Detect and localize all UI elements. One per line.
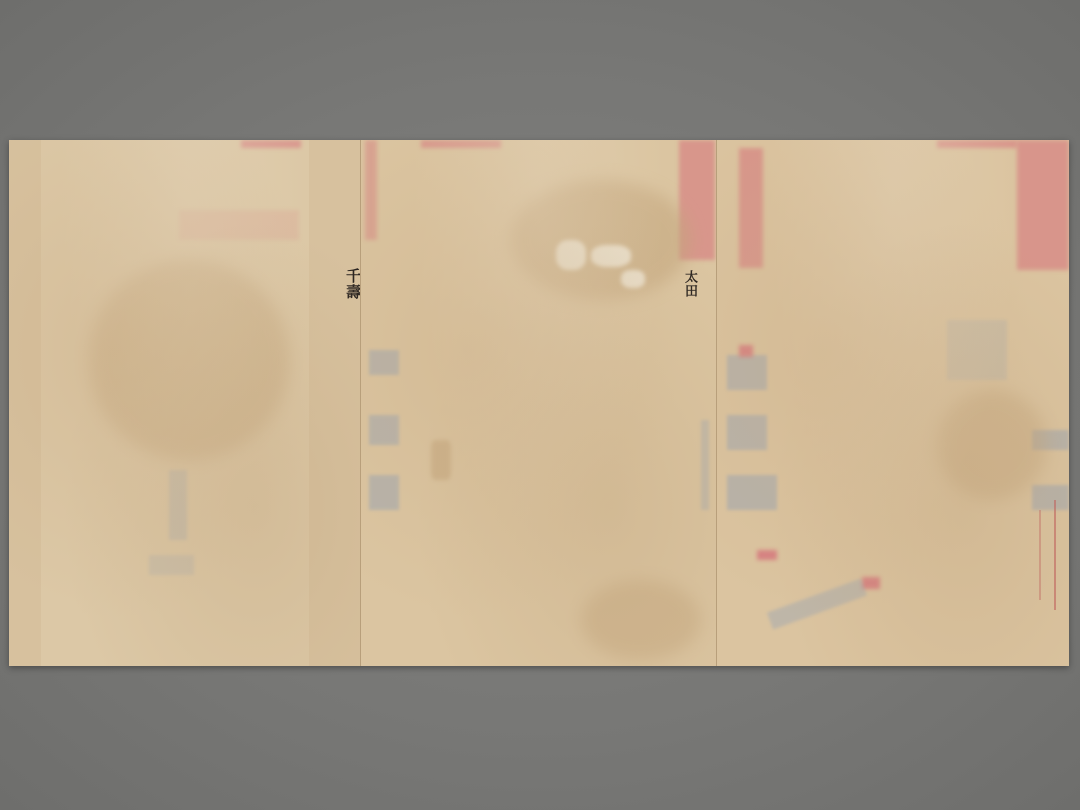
red-accent-3: [862, 577, 880, 589]
red-bleed-top-right: [1017, 140, 1069, 270]
middle-panel: 太田: [361, 140, 717, 666]
right-panel: [717, 140, 1069, 666]
paper-loss-spot-3: [621, 270, 645, 288]
small-stain: [431, 440, 451, 480]
paper-loss-spot-2: [591, 245, 631, 267]
brown-stain: [937, 390, 1047, 500]
blue-bleed-1: [369, 350, 399, 375]
blue-bleed-3: [369, 475, 399, 510]
left-inner-margin: [309, 140, 361, 666]
red-bleed-top: [937, 140, 1017, 148]
blue-bleed-right-2: [1032, 485, 1069, 510]
lower-stain: [581, 580, 701, 660]
blue-bleed-right: [701, 420, 709, 510]
blue-bleed-2: [369, 415, 399, 445]
brown-stain: [511, 180, 691, 300]
blue-bleed-1: [727, 355, 767, 390]
red-bleed-vertical-bar: [739, 148, 763, 268]
paper-loss-spot: [556, 240, 586, 270]
blue-bleed-faint-2: [149, 555, 194, 575]
red-frame-line-2: [1039, 510, 1041, 600]
red-bleed-top: [241, 140, 301, 148]
red-bleed-left-edge: [365, 140, 377, 240]
left-panel-inscription: 千壽: [345, 268, 360, 300]
red-accent-2: [757, 550, 777, 560]
blue-bleed-diagonal: [767, 578, 867, 629]
triptych-print-reverse: 千壽 太田: [9, 140, 1069, 666]
blue-bleed-2: [727, 415, 767, 450]
red-frame-line: [1054, 500, 1056, 610]
left-panel: 千壽: [9, 140, 361, 666]
red-bleed-faint: [179, 210, 299, 240]
blue-bleed-faint: [169, 470, 187, 540]
blue-bleed-3: [727, 475, 777, 510]
middle-panel-inscription: 太田: [683, 270, 696, 298]
blue-bleed-faint: [947, 320, 1007, 380]
red-accent-1: [739, 345, 753, 357]
red-bleed-top: [421, 140, 501, 148]
paper-stain: [89, 260, 289, 460]
left-edge-margin: [9, 140, 41, 666]
